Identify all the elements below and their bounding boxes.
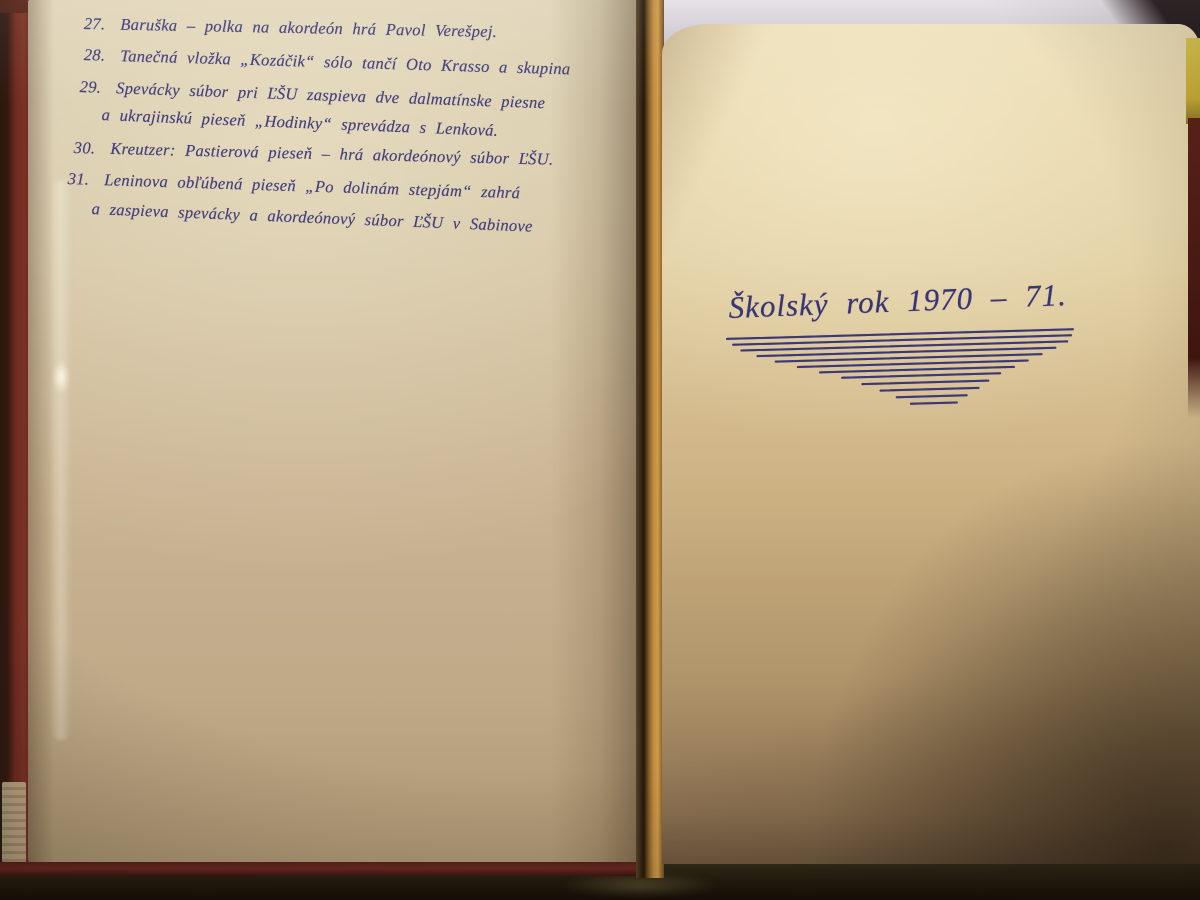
page-crease-highlight	[50, 180, 72, 740]
glare-spot	[52, 360, 70, 394]
cover-edge-yellow	[1186, 38, 1200, 124]
entry-number: 30.	[74, 140, 96, 157]
flourish-line	[896, 394, 968, 398]
school-year-title: Školský rok 1970 – 71.	[728, 279, 1067, 323]
entry-number: 31.	[67, 171, 89, 188]
entry-number: 29.	[79, 79, 101, 96]
entry-line: 27.Baruška – polka na akordeón hrá Pavol…	[84, 16, 498, 40]
entry-text: Leninova obľúbená pieseň „Po dolinám ste…	[104, 170, 521, 202]
entry-text: Tanečná vložka „Kozáčik“ sólo tančí Oto …	[120, 46, 571, 78]
cover-edge-maroon	[1188, 118, 1200, 418]
flourish-line	[841, 372, 1001, 378]
entry-number: 27.	[84, 16, 106, 33]
entry-number: 28.	[84, 47, 106, 64]
title-flourish	[724, 328, 1086, 416]
flourish-line	[861, 380, 989, 385]
entry-line: 28.Tanečná vložka „Kozáčik“ sólo tančí O…	[84, 47, 571, 78]
right-page: Školský rok 1970 – 71.	[662, 24, 1200, 864]
entry-text: Spevácky súbor pri ĽŠU zaspieva dve dalm…	[116, 78, 546, 112]
entry-line: a ukrajinskú pieseň „Hodinky“ sprevádza …	[101, 107, 498, 139]
left-page: 27.Baruška – polka na akordeón hrá Pavol…	[28, 0, 640, 868]
page-stack-edge	[2, 782, 26, 866]
book-photo: 27.Baruška – polka na akordeón hrá Pavol…	[0, 0, 1200, 900]
flourish-line	[880, 387, 980, 391]
entry-line: 31.Leninova obľúbená pieseň „Po dolinám …	[67, 171, 520, 202]
entry-text: Kreutzer: Pastierová pieseň – hrá akorde…	[110, 139, 554, 169]
book-cover-bottom-edge	[0, 862, 648, 876]
entry-text: Baruška – polka na akordeón hrá Pavol Ve…	[120, 15, 497, 41]
entry-line: 30.Kreutzer: Pastierová pieseň – hrá ako…	[74, 140, 554, 168]
flourish-line	[910, 401, 958, 404]
entry-line: a zaspieva spevácky a akordeónový súbor …	[91, 201, 533, 235]
book-gutter	[636, 0, 664, 878]
